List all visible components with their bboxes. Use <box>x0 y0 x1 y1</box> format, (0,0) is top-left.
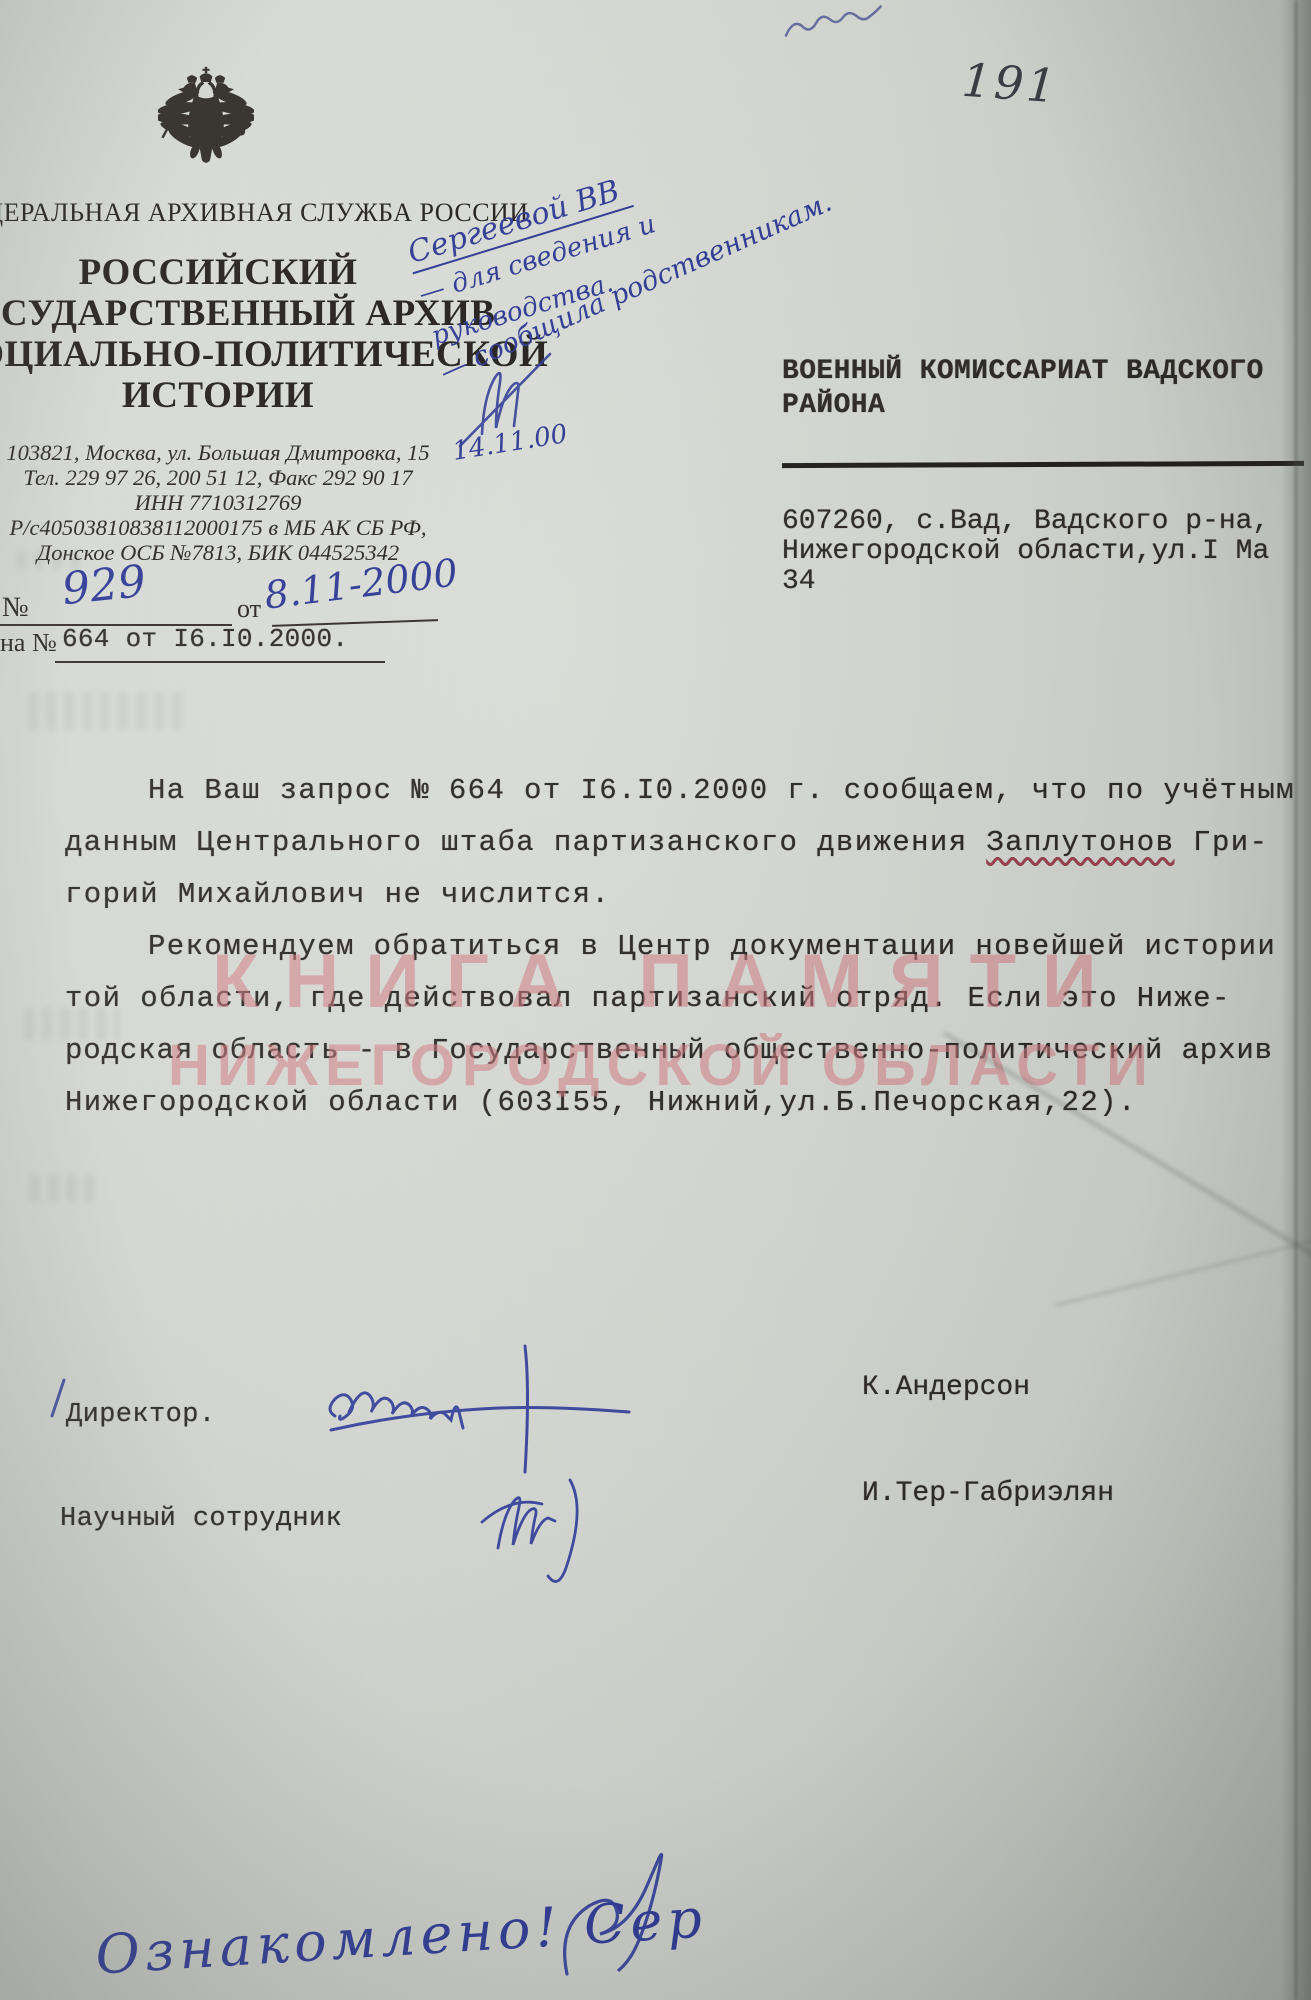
body-paragraph2-line: той области, где действовал партизанский… <box>65 982 1231 1015</box>
letterhead-org-name-line: ИСТОРИИ <box>0 375 488 416</box>
handwritten-outgoing-number: 929 <box>60 556 149 615</box>
resolution-signature-ink <box>452 348 572 460</box>
letterhead-org-name-line: СОЦИАЛЬНО-ПОЛИТИЧЕСКОЙ <box>0 334 488 375</box>
reply-to-number-label: на № <box>0 628 57 658</box>
letterhead-inn: ИНН 7710312769 <box>0 490 488 515</box>
paper-crease <box>943 1032 1311 1271</box>
director-signature-ink <box>315 1338 655 1478</box>
handwritten-page-number: 191 <box>960 53 1060 114</box>
surname-underlined-red: Заплутонов <box>986 826 1174 859</box>
researcher-signature-ink <box>470 1460 650 1590</box>
scanned-letter-page: 191 <box>0 0 1311 2000</box>
body-text: Гри- <box>1174 826 1268 859</box>
recipient-name-line: РАЙОНА <box>782 390 885 421</box>
director-title: Директор. <box>66 1400 215 1430</box>
letterhead-postal-address: 103821, Москва, ул. Большая Дмитровка, 1… <box>0 440 488 465</box>
bleedthrough-smudge <box>30 1174 100 1202</box>
body-paragraph2-line: Нижегородской области (603I55, Нижний,ул… <box>65 1086 1137 1119</box>
form-rule-line <box>55 661 385 663</box>
pen-tick-mark <box>46 1376 70 1420</box>
researcher-name: И.Тер-Габриэлян <box>862 1478 1114 1509</box>
bleedthrough-smudge <box>28 692 188 730</box>
paper-crease <box>1055 1232 1311 1307</box>
from-date-label: от <box>237 594 261 624</box>
recipient-address-line: 34 <box>782 566 816 597</box>
body-text: данным Центрального штаба партизанского … <box>65 826 986 859</box>
letterhead-org-name-line: ГОСУДАРСТВЕННЫЙ АРХИВ <box>0 293 488 334</box>
letterhead-service-name: ФЕДЕРАЛЬНАЯ АРХИВНАЯ СЛУЖБА РОССИИ <box>0 198 488 228</box>
researcher-title: Научный сотрудник <box>60 1504 342 1534</box>
acknowledgement-signature-flourish <box>545 1850 705 2000</box>
body-paragraph1-line: горий Михайлович не числится. <box>65 878 610 911</box>
reply-to-number-value: 664 от I6.I0.2000. <box>62 624 348 654</box>
top-edge-scribble-ink-mark <box>776 0 891 46</box>
letterhead-bank-account: Р/с40503810838112000175 в МБ АК СБ РФ, <box>0 515 488 540</box>
recipient-underline <box>782 461 1304 468</box>
recipient-address-line: Нижегородской области,ул.I Ма <box>782 536 1269 567</box>
letterhead-address-block: 103821, Москва, ул. Большая Дмитровка, 1… <box>0 440 488 565</box>
body-paragraph1-line: На Ваш запрос № 664 от I6.I0.2000 г. соо… <box>148 774 1295 807</box>
paper-edge-shadow <box>1281 0 1311 2000</box>
body-paragraph1-line: данным Центрального штаба партизанского … <box>65 826 1268 859</box>
letterhead-phone-fax: Тел. 229 97 26, 200 51 12, Факс 292 90 1… <box>0 465 488 490</box>
director-name: К.Андерсон <box>862 1372 1030 1403</box>
recipient-address-line: 607260, с.Вад, Вадского р-на, <box>782 506 1269 537</box>
double-headed-eagle-emblem-icon <box>158 60 254 176</box>
body-paragraph2-line: Рекомендуем обратиться в Центр документа… <box>148 930 1276 963</box>
outgoing-number-label: № <box>2 592 29 624</box>
recipient-name-line: ВОЕННЫЙ КОМИССАРИАТ ВАДСКОГО <box>782 356 1264 387</box>
body-paragraph2-line: родская область - в Государственный обще… <box>65 1034 1273 1067</box>
